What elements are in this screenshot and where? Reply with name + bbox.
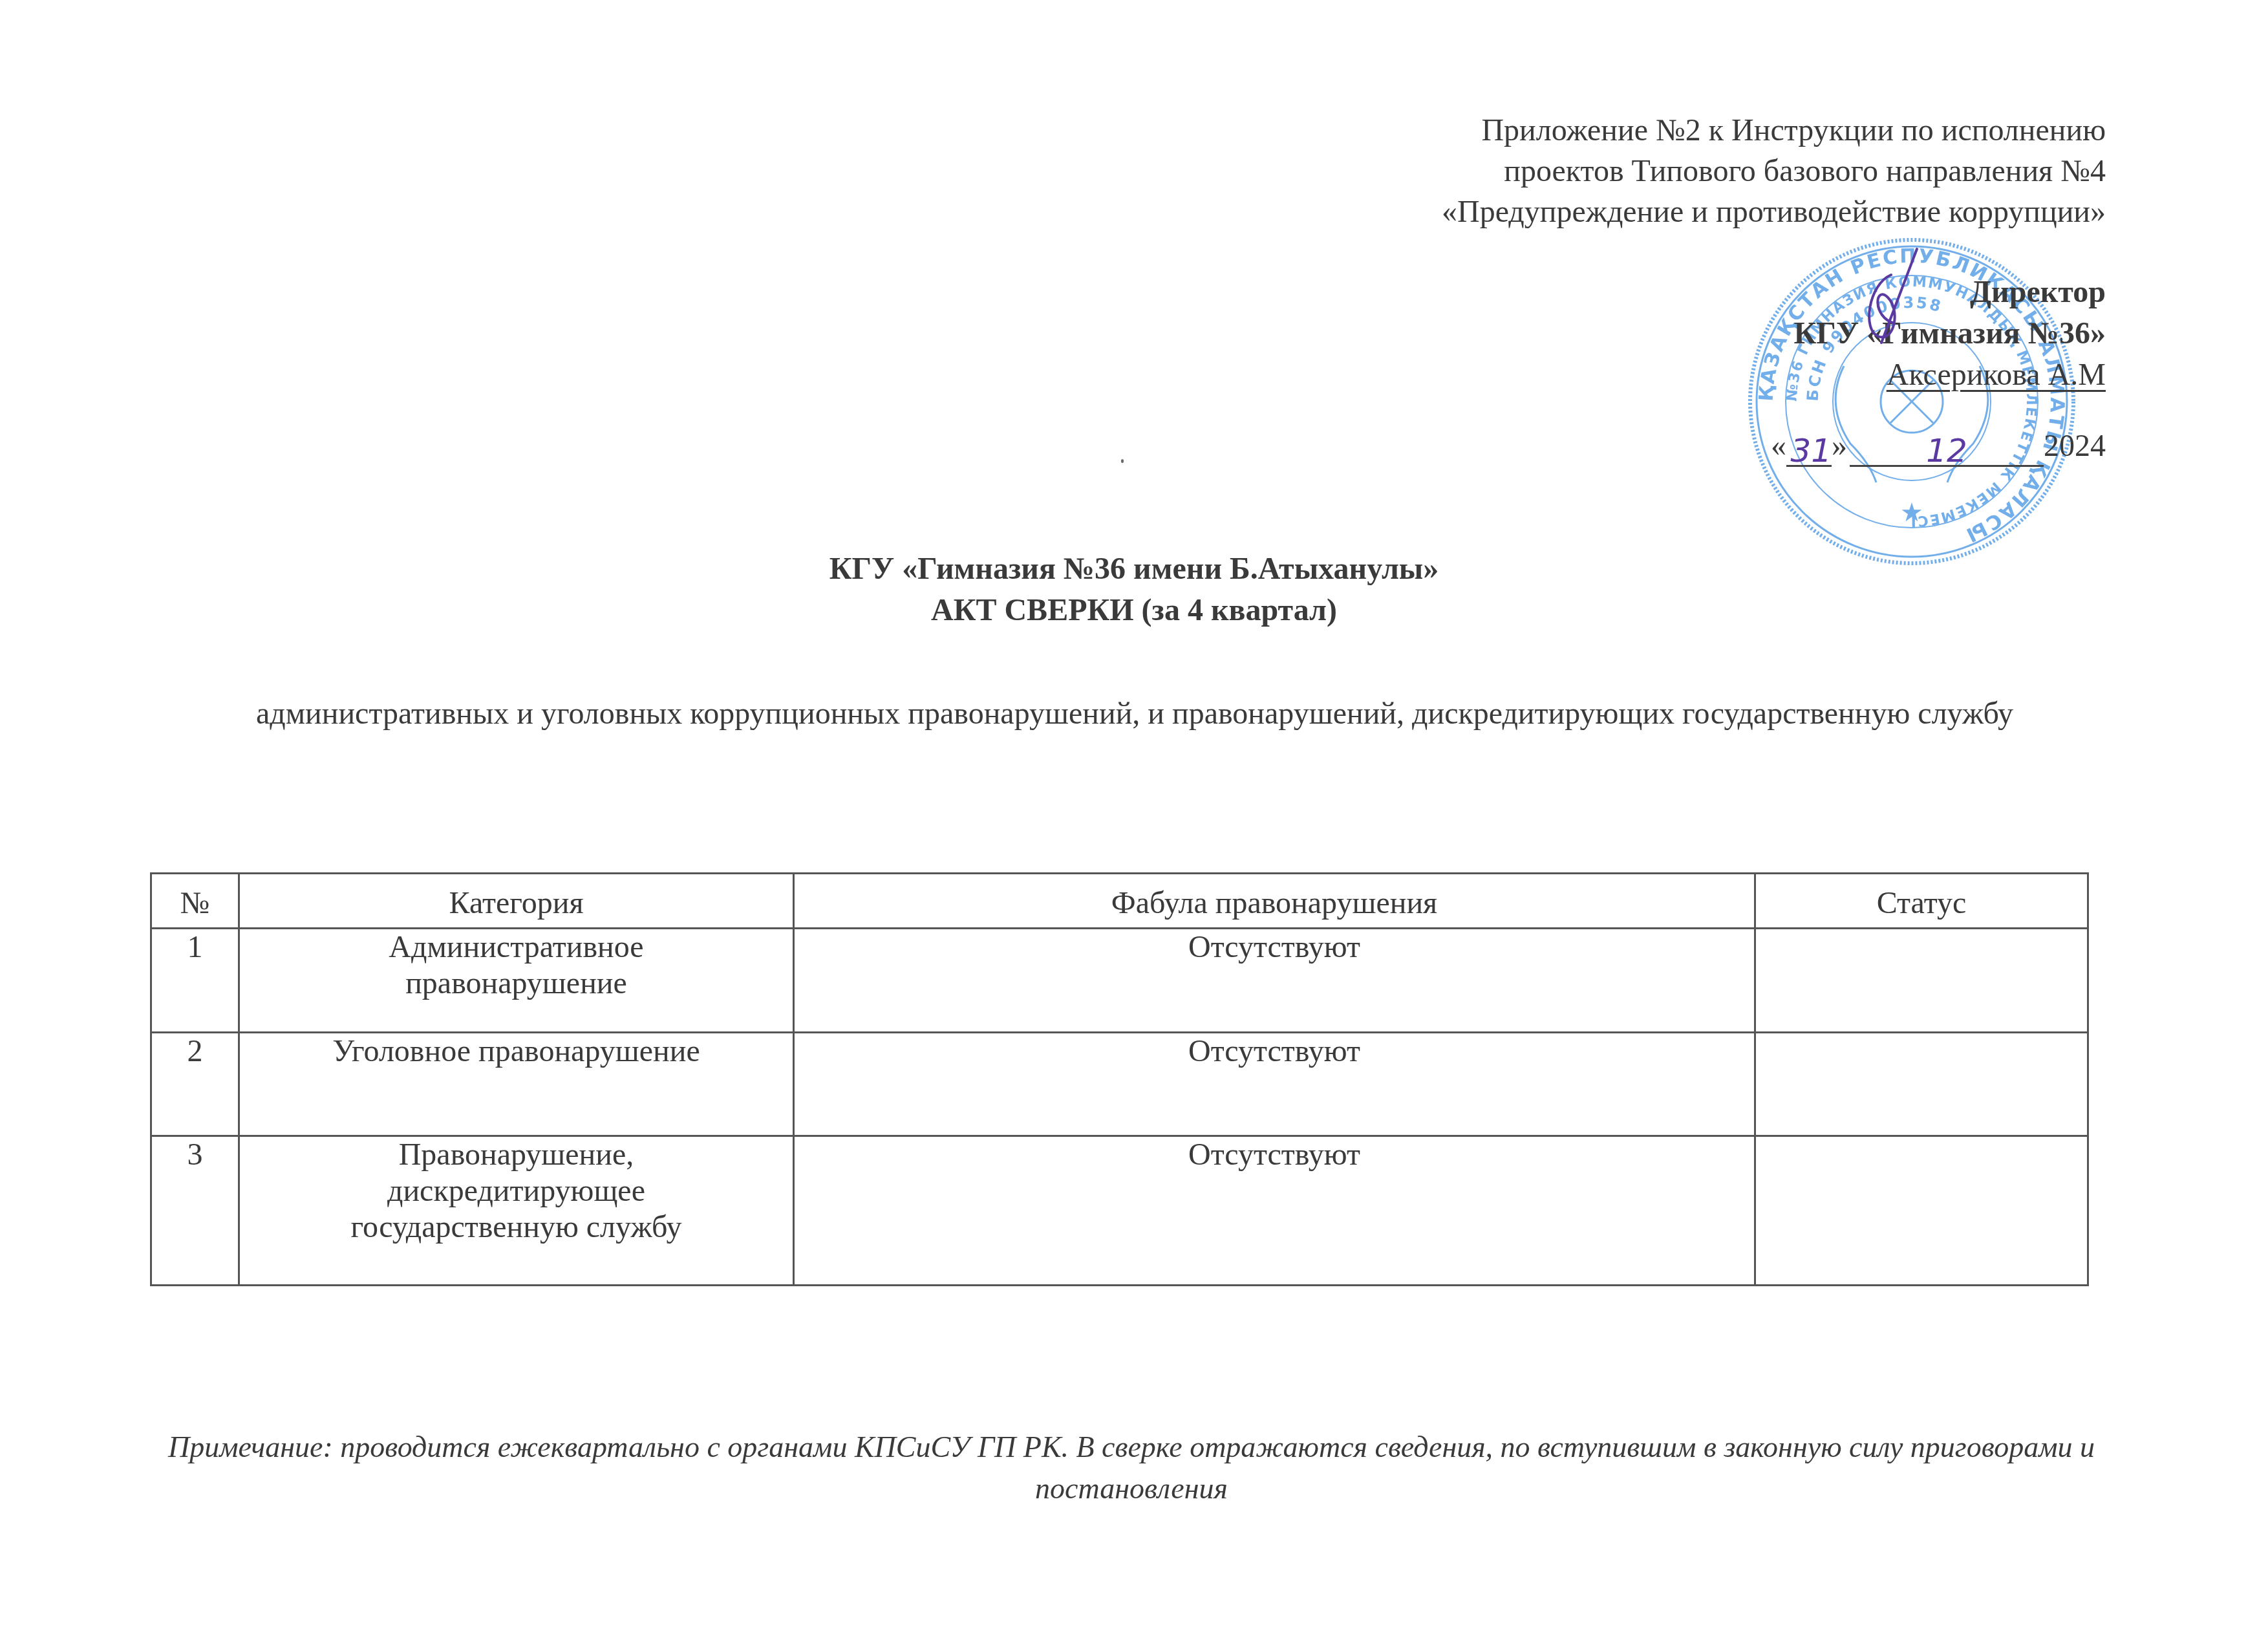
date-open-quote: « [1771,426,1786,467]
table-header-row: № Категория Фабула правонарушения Статус [151,874,2088,929]
scan-speck [1121,459,1124,463]
date-close-quote: » [1832,426,1847,467]
date-month: 12 [1926,430,1967,471]
approval-date: « 31 » 12 2024 [1771,426,2106,467]
cell-category: Уголовное правонарушение [239,1033,794,1136]
violations-table-wrap: № Категория Фабула правонарушения Статус… [150,872,2087,1286]
date-year: 2024 [2044,426,2106,467]
cell-number: 1 [151,929,239,1033]
approval-block: Директор КГУ «Гимназия №36» Аксерикова А… [1771,272,2106,467]
cell-number: 2 [151,1033,239,1136]
approver-position: Директор [1771,272,2106,313]
appendix-line: Приложение №2 к Инструкции по исполнению [1442,110,2106,151]
svg-text:★: ★ [1900,498,1923,528]
table-row: 1 Административное правонарушение Отсутс… [151,929,2088,1033]
date-day: 31 [1790,430,1832,471]
date-month-field: 12 [1850,434,2044,467]
approver-name: Аксерикова А.М [1771,354,2106,396]
appendix-line: «Предупреждение и противодействие корруп… [1442,191,2106,232]
cell-fabula: Отсутствуют [794,929,1755,1033]
signature-icon [1856,246,1933,375]
cell-status [1755,1136,2088,1286]
footnote: Примечание: проводится ежеквартально с о… [162,1427,2101,1509]
cell-status [1755,929,2088,1033]
header-status: Статус [1755,874,2088,929]
appendix-header: Приложение №2 к Инструкции по исполнению… [1442,110,2106,232]
cell-fabula: Отсутствуют [794,1033,1755,1136]
violations-table: № Категория Фабула правонарушения Статус… [150,872,2089,1286]
cell-fabula: Отсутствуют [794,1136,1755,1286]
cell-category: Административное правонарушение [239,929,794,1033]
header-number: № [151,874,239,929]
approver-organization: КГУ «Гимназия №36» [1771,313,2106,354]
table-row: 2 Уголовное правонарушение Отсутствуют [151,1033,2088,1136]
appendix-line: проектов Типового базового направления №… [1442,151,2106,191]
act-title: АКТ СВЕРКИ (за 4 квартал) [0,590,2268,631]
cell-number: 3 [151,1136,239,1286]
header-category: Категория [239,874,794,929]
cell-status [1755,1033,2088,1136]
header-fabula: Фабула правонарушения [794,874,1755,929]
document-subtitle: административных и уголовных коррупционн… [213,693,2056,735]
table-row: 3 Правонарушение, дискредитирующее госуд… [151,1136,2088,1286]
date-day-field: 31 [1786,434,1832,467]
cell-category: Правонарушение, дискредитирующее государ… [239,1136,794,1286]
